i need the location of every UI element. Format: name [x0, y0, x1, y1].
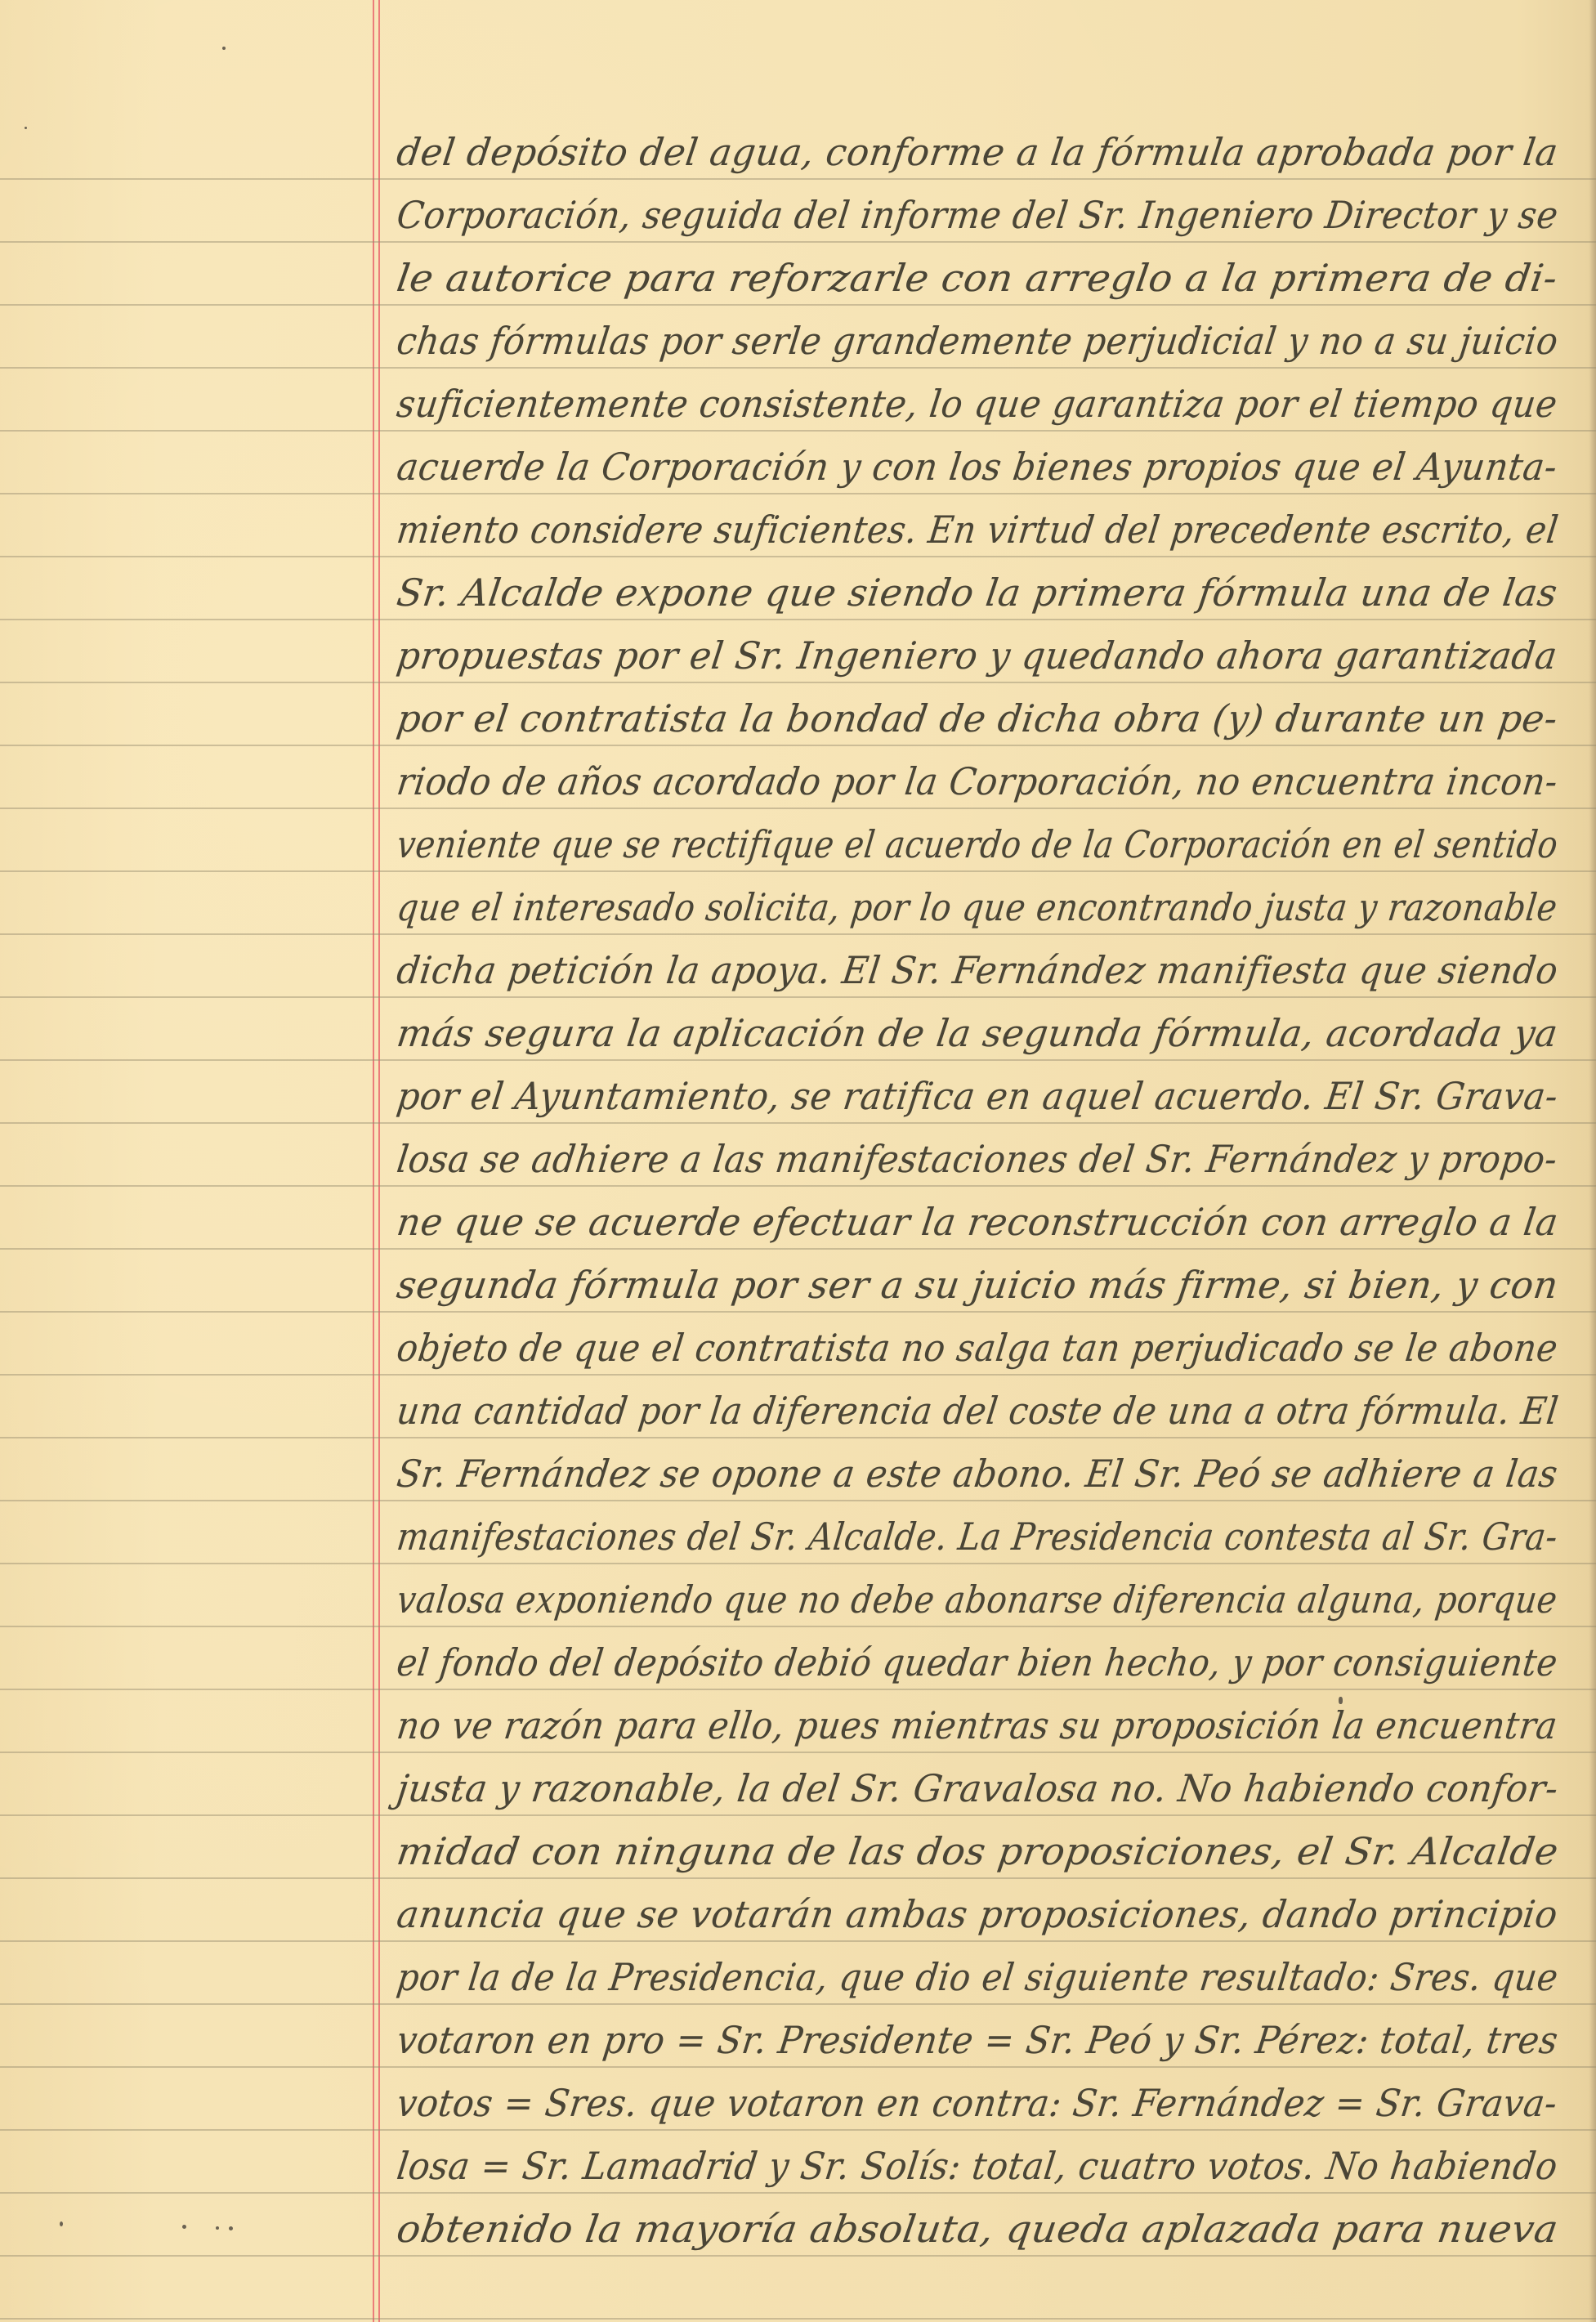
- text-line: losa se adhiere a las manifestaciones de…: [397, 1128, 1574, 1191]
- text-line: obtenido la mayoría absoluta, queda apla…: [397, 2198, 1574, 2261]
- text-line: manifestaciones del Sr. Alcalde. La Pres…: [397, 1505, 1574, 1568]
- text-line: no ve razón para ello, pues mientras su …: [397, 1694, 1574, 1757]
- text-line: el fondo del depósito debió quedar bien …: [397, 1631, 1574, 1694]
- text-line: ne que se acuerde efectuar la reconstruc…: [397, 1191, 1574, 1254]
- text-line: justa y razonable, la del Sr. Gravalosa …: [397, 1757, 1574, 1820]
- text-line: losa = Sr. Lamadrid y Sr. Solís: total, …: [397, 2135, 1574, 2198]
- paper-speck: [216, 2226, 219, 2230]
- text-line: dicha petición la apoya. El Sr. Fernánde…: [397, 939, 1574, 1002]
- text-line: chas fórmulas por serle grandemente perj…: [397, 310, 1574, 373]
- text-line: miento considere suficientes. En virtud …: [397, 499, 1574, 561]
- margin-line-outer: [373, 0, 374, 2322]
- text-line: votos = Sres. que votaron en contra: Sr.…: [397, 2072, 1574, 2135]
- paper-speck: [25, 127, 27, 129]
- text-line: midad con ninguna de las dos proposicion…: [397, 1820, 1574, 1883]
- text-line: objeto de que el contratista no salga ta…: [397, 1317, 1574, 1380]
- text-line: votaron en pro = Sr. Presidente = Sr. Pe…: [397, 2009, 1574, 2072]
- text-line: por el Ayuntamiento, se ratifica en aque…: [397, 1065, 1574, 1128]
- page-edge-shadow: [1589, 0, 1596, 2322]
- text-line: por el contratista la bondad de dicha ob…: [397, 687, 1574, 750]
- manuscript-page: del depósito del agua, conforme a la fór…: [0, 0, 1596, 2322]
- paper-speck: [182, 2225, 186, 2229]
- text-line: acuerde la Corporación y con los bienes …: [397, 436, 1574, 499]
- ruled-line: [0, 2318, 1596, 2320]
- text-line: más segura la aplicación de la segunda f…: [397, 1002, 1574, 1065]
- margin-line-inner: [378, 0, 380, 2322]
- text-line: que el interesado solicita, por lo que e…: [397, 876, 1574, 939]
- text-line: segunda fórmula por ser a su juicio más …: [397, 1254, 1574, 1317]
- text-line: Corporación, seguida del informe del Sr.…: [397, 184, 1574, 247]
- text-line: valosa exponiendo que no debe abonarse d…: [397, 1568, 1574, 1631]
- text-line: riodo de años acordado por la Corporació…: [397, 750, 1574, 813]
- text-line: Sr. Fernández se opone a este abono. El …: [397, 1443, 1574, 1505]
- text-line: propuestas por el Sr. Ingeniero y quedan…: [397, 624, 1574, 687]
- text-line: por la de la Presidencia, que dio el sig…: [397, 1946, 1574, 2009]
- text-line: Sr. Alcalde expone que siendo la primera…: [397, 561, 1574, 624]
- text-line: le autorice para reforzarle con arreglo …: [397, 247, 1574, 310]
- paper-speck: [229, 2226, 233, 2230]
- paper-speck: [60, 2221, 63, 2226]
- text-line: suficientemente consistente, lo que gara…: [397, 373, 1574, 436]
- text-line: una cantidad por la diferencia del coste…: [397, 1380, 1574, 1443]
- paper-speck: [222, 47, 226, 50]
- text-line: veniente que se rectifique el acuerdo de…: [397, 813, 1574, 876]
- text-line: del depósito del agua, conforme a la fór…: [397, 121, 1574, 184]
- text-line: anuncia que se votarán ambas proposicion…: [397, 1883, 1574, 1946]
